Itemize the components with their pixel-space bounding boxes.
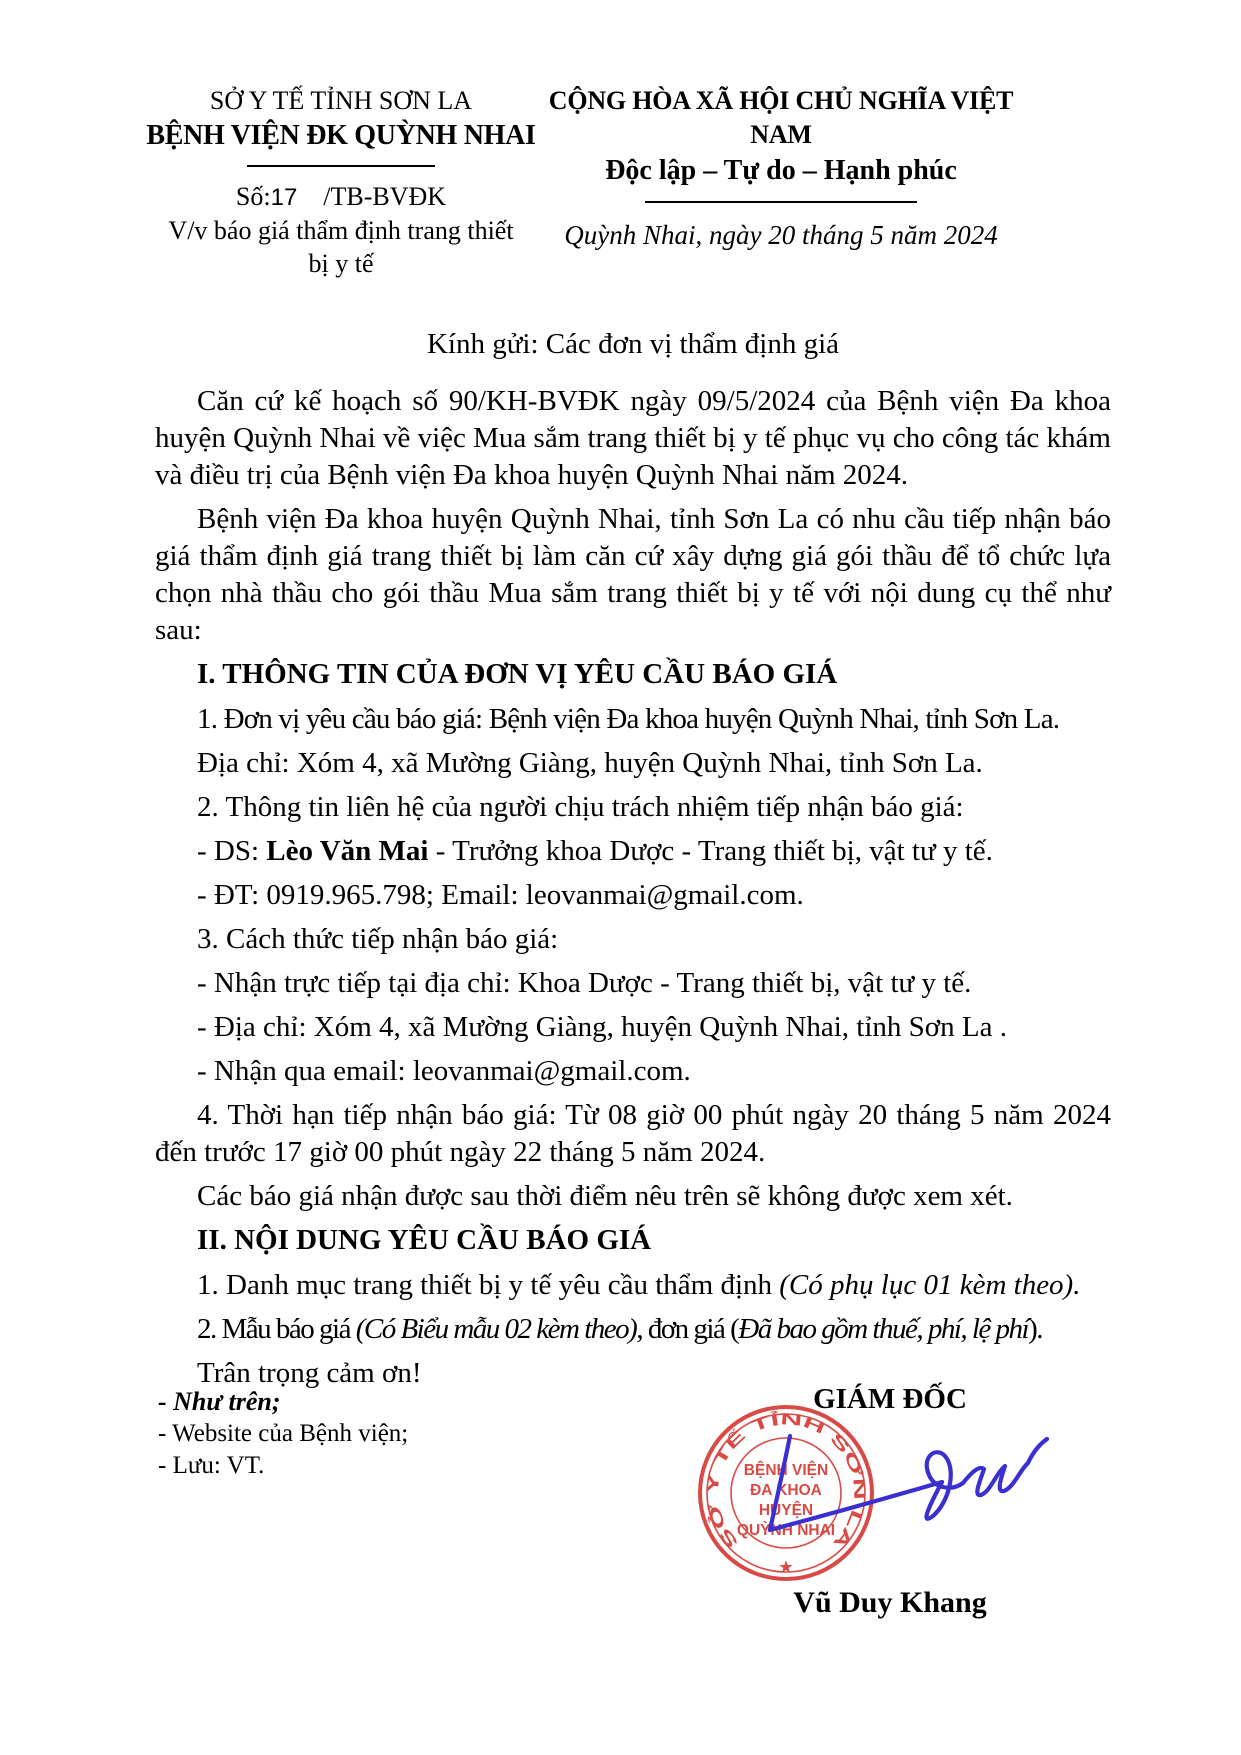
document-subject: V/v báo giá thẩm định trang thiết bị y t… bbox=[145, 214, 537, 280]
document-body: Kính gửi: Các đơn vị thẩm định giá Căn c… bbox=[0, 328, 1241, 1392]
section1-item1: 1. Đơn vị yêu cầu báo giá: Bệnh viện Đa … bbox=[155, 701, 1111, 738]
recipient-as-above: - Như trên; bbox=[158, 1386, 408, 1418]
header-rule-left bbox=[247, 165, 435, 167]
subject-line-2: bị y tế bbox=[145, 247, 537, 280]
national-motto: Độc lập – Tự do – Hạnh phúc bbox=[545, 152, 1017, 190]
director-title: GIÁM ĐỐC bbox=[705, 1383, 1075, 1416]
section1-receive-direct: - Nhận trực tiếp tại địa chỉ: Khoa Dược … bbox=[155, 965, 1111, 1002]
section1-item3: 3. Cách thức tiếp nhận báo giá: bbox=[155, 921, 1111, 958]
section2-item2-form: (Có Biểu mẫu 02 kèm theo) bbox=[356, 1313, 637, 1345]
section2-item1-text: 1. Danh mục trang thiết bị y tế yêu cầu … bbox=[197, 1269, 779, 1301]
section1-contact: - DS: Lèo Văn Mai - Trưởng khoa Dược - T… bbox=[155, 833, 1111, 870]
director-signature bbox=[630, 1418, 1060, 1563]
signature-flick bbox=[1028, 1439, 1047, 1463]
recipient-website: - Website của Bệnh viện; bbox=[158, 1418, 408, 1450]
header-rule-right bbox=[645, 201, 917, 203]
section2-item2-tax-note: Đã bao gồm thuế, phí, lệ phí bbox=[738, 1313, 1028, 1345]
doc-number-code: /TB-BVĐK bbox=[323, 182, 446, 211]
national-header-block: CỘNG HÒA XÃ HỘI CHỦ NGHĨA VIỆT NAM Độc l… bbox=[545, 84, 1017, 280]
section2-item2-text1: 2. Mẫu báo giá bbox=[197, 1313, 356, 1345]
paragraph-basis: Căn cứ kế hoạch số 90/KH-BVĐK ngày 09/5/… bbox=[155, 383, 1111, 494]
recipient-archive: - Lưu: VT. bbox=[158, 1450, 408, 1482]
parent-department: SỞ Y TẾ TỈNH SƠN LA bbox=[145, 84, 537, 118]
document-header: SỞ Y TẾ TỈNH SƠN LA BỆNH VIỆN ĐK QUỲNH N… bbox=[0, 0, 1241, 280]
section2-item2-text2: , đơn giá ( bbox=[636, 1313, 738, 1345]
doc-number-value: 17 bbox=[271, 184, 298, 211]
section1-receive-address: - Địa chỉ: Xóm 4, xã Mường Giàng, huyện … bbox=[155, 1009, 1111, 1046]
place-and-date: Quỳnh Nhai, ngày 20 tháng 5 năm 2024 bbox=[545, 220, 1017, 251]
national-title: CỘNG HÒA XÃ HỘI CHỦ NGHĨA VIỆT NAM bbox=[545, 84, 1017, 152]
section1-item4-deadline: 4. Thời hạn tiếp nhận báo giá: Từ 08 giờ… bbox=[155, 1097, 1111, 1171]
section2-heading: II. NỘI DUNG YÊU CẦU BÁO GIÁ bbox=[155, 1222, 1111, 1259]
signer-name: Vũ Duy Khang bbox=[705, 1586, 1075, 1620]
section2-item1: 1. Danh mục trang thiết bị y tế yêu cầu … bbox=[155, 1267, 1111, 1304]
contact-suffix: - Trưởng khoa Dược - Trang thiết bị, vật… bbox=[429, 835, 993, 867]
salutation: Kính gửi: Các đơn vị thẩm định giá bbox=[155, 328, 1111, 361]
issuing-org-block: SỞ Y TẾ TỈNH SƠN LA BỆNH VIỆN ĐK QUỲNH N… bbox=[145, 84, 537, 280]
subject-line-1: V/v báo giá thẩm định trang thiết bbox=[145, 214, 537, 247]
contact-name: Lèo Văn Mai bbox=[266, 835, 428, 867]
section2-item1-attachment: (Có phụ lục 01 kèm theo). bbox=[779, 1269, 1080, 1301]
document-page: SỞ Y TẾ TỈNH SƠN LA BỆNH VIỆN ĐK QUỲNH N… bbox=[0, 0, 1241, 1755]
signature-long-stroke bbox=[770, 1482, 942, 1530]
paragraph-purpose: Bệnh viện Đa khoa huyện Quỳnh Nhai, tỉnh… bbox=[155, 501, 1111, 649]
section2-item2-text3: ). bbox=[1028, 1313, 1042, 1345]
recipients-list: - Như trên; - Website của Bệnh viện; - L… bbox=[158, 1386, 408, 1482]
document-number: Số:17/TB-BVĐK bbox=[145, 182, 537, 212]
section2-item2: 2. Mẫu báo giá (Có Biểu mẫu 02 kèm theo)… bbox=[155, 1311, 1111, 1348]
signature-tail-down bbox=[770, 1436, 790, 1530]
hospital-name: BỆNH VIỆN ĐK QUỲNH NHAI bbox=[145, 118, 537, 154]
section1-receive-email: - Nhận qua email: leovanmai@gmail.com. bbox=[155, 1053, 1111, 1090]
section1-phone-email: - ĐT: 0919.965.798; Email: leovanmai@gma… bbox=[155, 877, 1111, 914]
signature-waves bbox=[963, 1463, 1028, 1495]
contact-prefix: - DS: bbox=[197, 835, 266, 867]
doc-number-label: Số: bbox=[236, 182, 271, 211]
section1-note: Các báo giá nhận được sau thời điểm nêu … bbox=[155, 1178, 1111, 1215]
section1-address: Địa chỉ: Xóm 4, xã Mường Giàng, huyện Qu… bbox=[155, 745, 1111, 782]
section1-item2: 2. Thông tin liên hệ của người chịu trác… bbox=[155, 789, 1111, 826]
section1-heading: I. THÔNG TIN CỦA ĐƠN VỊ YÊU CẦU BÁO GIÁ bbox=[155, 656, 1111, 693]
